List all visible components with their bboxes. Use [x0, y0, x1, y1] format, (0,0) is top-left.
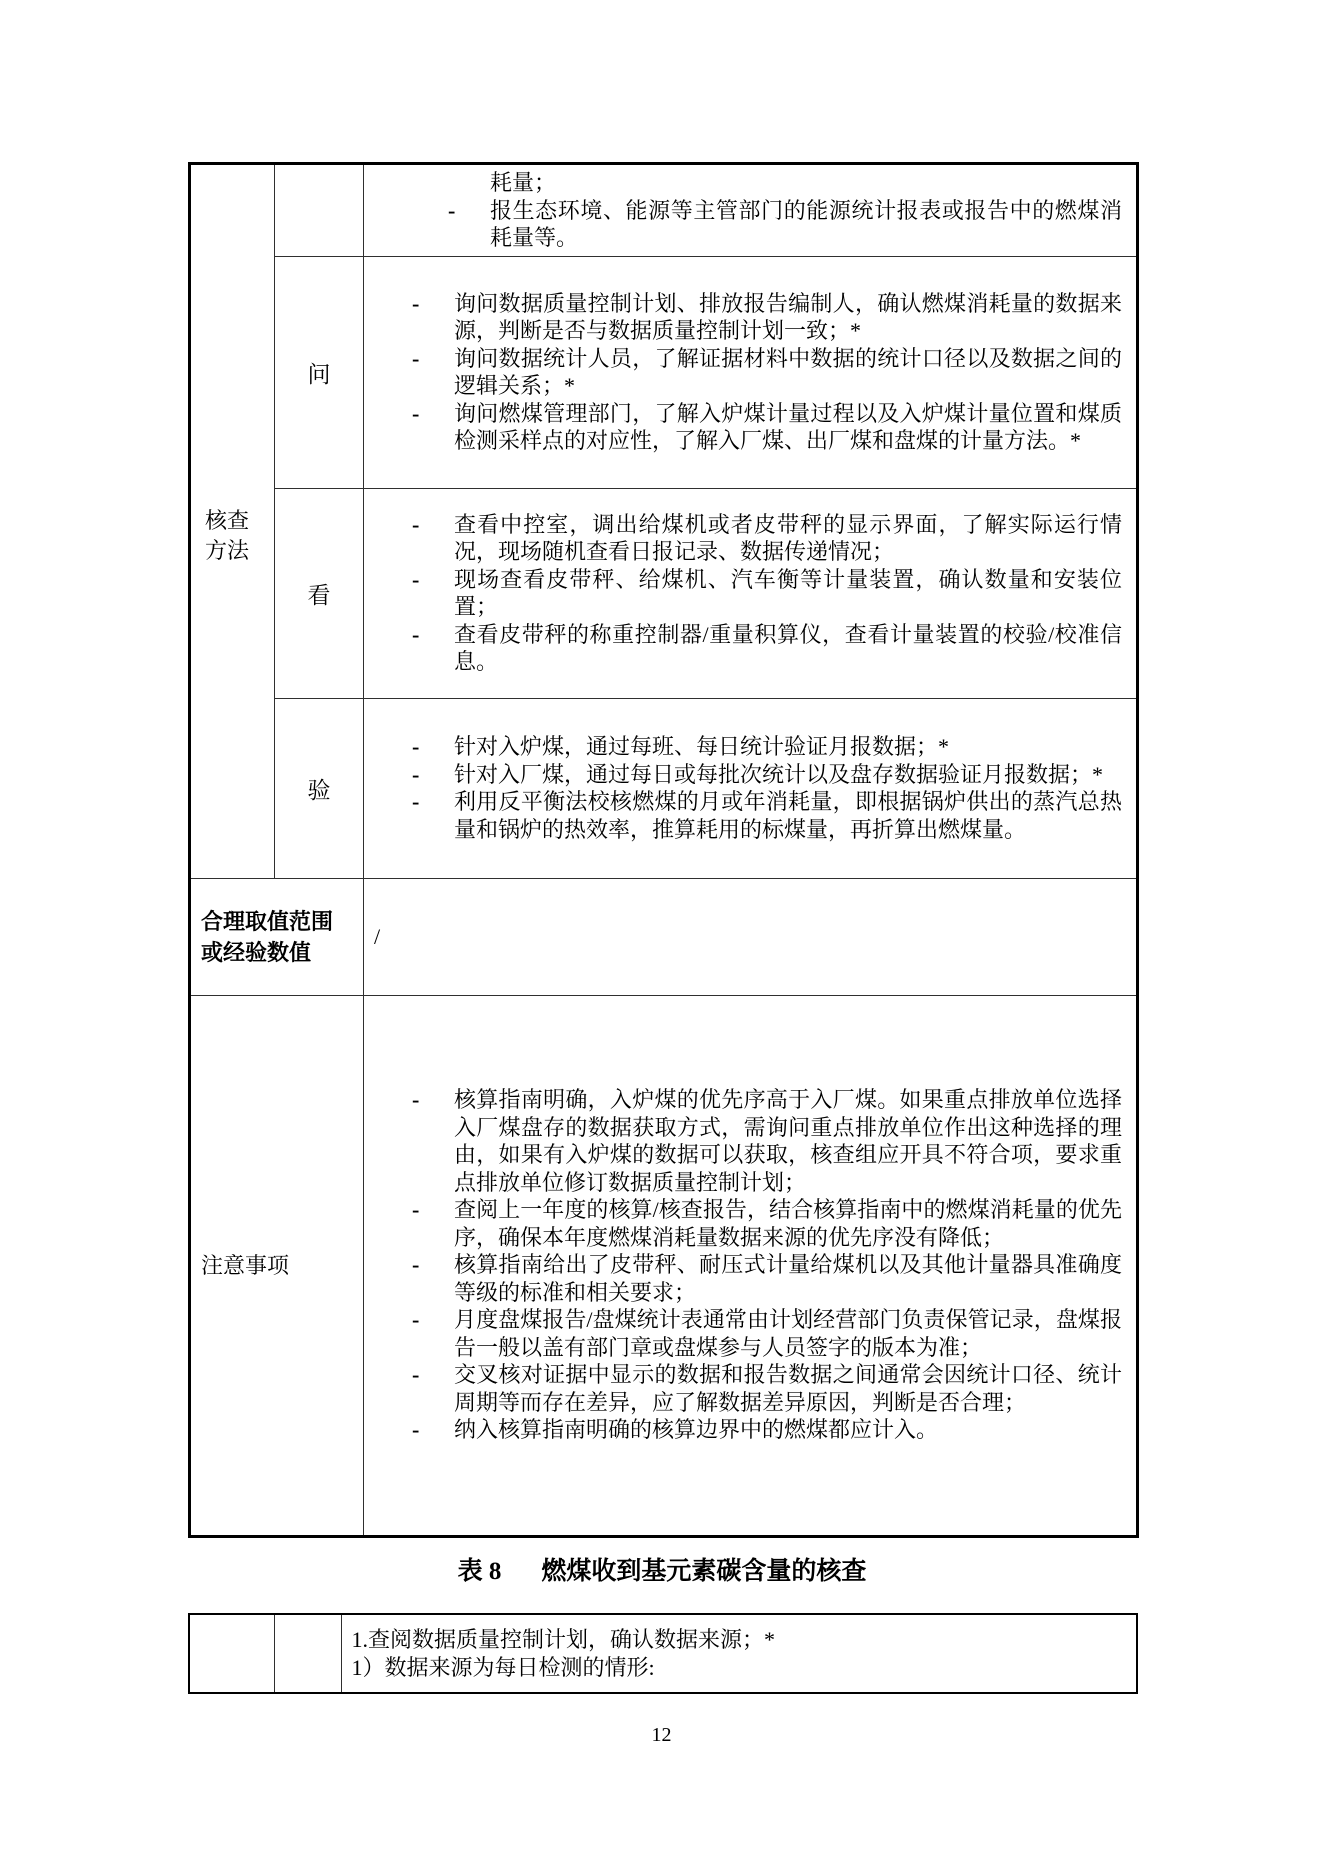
table8-cell-empty-1 [189, 1614, 274, 1693]
bullet-list: - 核算指南明确，入炉煤的优先序高于入厂煤。如果重点排放单位选择入厂煤盘存的数据… [364, 1086, 1122, 1444]
bullet-text: 报生态环境、能源等主管部门的能源统计报表或报告中的燃煤消耗量等。 [490, 197, 1122, 252]
bullet-item: - 现场查看皮带秤、给煤机、汽车衡等计量装置，确认数量和安装位置； [412, 566, 1122, 621]
bullet-item: - 查阅上一年度的核算/核查报告，结合核算指南中的燃煤消耗量的优先序，确保本年度… [412, 1196, 1122, 1251]
bullet-text: 纳入核算指南明确的核算边界中的燃煤都应计入。 [454, 1416, 1122, 1444]
bullet-text: 询问数据统计人员，了解证据材料中数据的统计口径以及数据之间的逻辑关系；* [454, 345, 1122, 400]
bullet-item: - 询问燃煤管理部门，了解入炉煤计量过程以及入炉煤计量位置和煤质检测采样点的对应… [412, 400, 1122, 455]
table8-caption-number: 表 8 [458, 1558, 502, 1585]
bullet-dash: - [412, 788, 454, 816]
bullet-item: - 询问数据质量控制计划、排放报告编制人，确认燃煤消耗量的数据来源，判断是否与数… [412, 290, 1122, 345]
bullet-dash: - [412, 761, 454, 789]
table-row: 问 - 询问数据质量控制计划、排放报告编制人，确认燃煤消耗量的数据来源，判断是否… [190, 256, 1138, 488]
range-value-cell: / [364, 878, 1138, 995]
bullet-dash: - [448, 197, 490, 225]
row-label-reasonable-range: 合理取值范围或经验数值 [190, 878, 364, 995]
bullet-text: 针对入厂煤，通过每日或每批次统计以及盘存数据验证月报数据；* [454, 761, 1122, 789]
table-row: 注意事项 - 核算指南明确，入炉煤的优先序高于入厂煤。如果重点排放单位选择入厂煤… [190, 995, 1138, 1536]
bullet-item: - 报生态环境、能源等主管部门的能源统计报表或报告中的燃煤消耗量等。 [448, 197, 1122, 252]
bullet-item: - 针对入厂煤，通过每日或每批次统计以及盘存数据验证月报数据；* [412, 761, 1122, 789]
sub-label-empty [275, 164, 364, 257]
bullet-text: 查看皮带秤的称重控制器/重量积算仪，查看计量装置的校验/校准信息。 [454, 621, 1122, 676]
table8-start: 1.查阅数据质量控制计划，确认数据来源；* 1）数据来源为每日检测的情形: [188, 1613, 1138, 1694]
bullet-list: - 针对入炉煤，通过每班、每日统计验证月报数据；* - 针对入厂煤，通过每日或每… [364, 733, 1122, 843]
bullet-dash: - [412, 345, 454, 373]
table8-line: 1.查阅数据质量控制计划，确认数据来源；* [352, 1626, 1127, 1654]
bullet-item: - 交叉核对证据中显示的数据和报告数据之间通常会因统计口径、统计周期等而存在差异… [412, 1361, 1122, 1416]
bullet-item: - 核算指南给出了皮带秤、耐压式计量给煤机以及其他计量器具准确度等级的标准和相关… [412, 1251, 1122, 1306]
bullet-text: 针对入炉煤，通过每班、每日统计验证月报数据；* [454, 733, 1122, 761]
bullet-dash: - [412, 290, 454, 318]
table-row: 1.查阅数据质量控制计划，确认数据来源；* 1）数据来源为每日检测的情形: [189, 1614, 1137, 1693]
bullet-text: 交叉核对证据中显示的数据和报告数据之间通常会因统计口径、统计周期等而存在差异，应… [454, 1361, 1122, 1416]
bullet-text: 核算指南明确，入炉煤的优先序高于入厂煤。如果重点排放单位选择入厂煤盘存的数据获取… [454, 1086, 1122, 1196]
bullet-text: 核算指南给出了皮带秤、耐压式计量给煤机以及其他计量器具准确度等级的标准和相关要求… [454, 1251, 1122, 1306]
bullet-list: 耗量； - 报生态环境、能源等主管部门的能源统计报表或报告中的燃煤消耗量等。 [364, 169, 1122, 252]
bullet-text: 查看中控室，调出给煤机或者皮带秤的显示界面，了解实际运行情况，现场随机查看日报记… [454, 511, 1122, 566]
bullet-list: - 查看中控室，调出给煤机或者皮带秤的显示界面，了解实际运行情况，现场随机查看日… [364, 511, 1122, 676]
bullet-dash: - [412, 566, 454, 594]
bullet-dash: - [412, 1251, 454, 1279]
notes-cell: - 核算指南明确，入炉煤的优先序高于入厂煤。如果重点排放单位选择入厂煤盘存的数据… [364, 995, 1138, 1536]
table-row: 合理取值范围或经验数值 / [190, 878, 1138, 995]
bullet-item: - 针对入炉煤，通过每班、每日统计验证月报数据；* [412, 733, 1122, 761]
bullet-dash: - [412, 1086, 454, 1114]
table8-caption-title: 燃煤收到基元素碳含量的核查 [541, 1558, 866, 1585]
bullet-item: - 查看皮带秤的称重控制器/重量积算仪，查看计量装置的校验/校准信息。 [412, 621, 1122, 676]
table8-caption: 表 8燃煤收到基元素碳含量的核查 [188, 1552, 1136, 1592]
bullet-item: - 查看中控室，调出给煤机或者皮带秤的显示界面，了解实际运行情况，现场随机查看日… [412, 511, 1122, 566]
bullet-dash: - [412, 511, 454, 539]
bullet-dash: - [412, 1361, 454, 1389]
table-row: 核查方法 耗量； - 报生态环境、能源等主管部门的能源统计报表或报告中的燃煤消耗… [190, 164, 1138, 257]
bullet-dash: - [412, 1416, 454, 1444]
continuation-line: 耗量； [490, 169, 1122, 197]
bullet-item: - 核算指南明确，入炉煤的优先序高于入厂煤。如果重点排放单位选择入厂煤盘存的数据… [412, 1086, 1122, 1196]
table8-content-cell: 1.查阅数据质量控制计划，确认数据来源；* 1）数据来源为每日检测的情形: [341, 1614, 1137, 1693]
sub-label-ask: 问 [275, 256, 364, 488]
ask-cell: - 询问数据质量控制计划、排放报告编制人，确认燃煤消耗量的数据来源，判断是否与数… [364, 256, 1138, 488]
bullet-text: 现场查看皮带秤、给煤机、汽车衡等计量装置，确认数量和安装位置； [454, 566, 1122, 621]
bullet-text: 询问数据质量控制计划、排放报告编制人，确认燃煤消耗量的数据来源，判断是否与数据质… [454, 290, 1122, 345]
bullet-dash: - [412, 733, 454, 761]
row-label-text: 合理取值范围或经验数值 [201, 906, 343, 968]
bullet-text: 利用反平衡法校核燃煤的月或年消耗量，即根据锅炉供出的蒸汽总热量和锅炉的热效率，推… [454, 788, 1122, 843]
bullet-item: - 月度盘煤报告/盘煤统计表通常由计划经营部门负责保管记录，盘煤报告一般以盖有部… [412, 1306, 1122, 1361]
bullet-dash: - [412, 621, 454, 649]
sub-label-check: 验 [275, 698, 364, 878]
bullet-dash: - [412, 1196, 454, 1224]
table8-cell-empty-2 [274, 1614, 341, 1693]
bullet-item: - 利用反平衡法校核燃煤的月或年消耗量，即根据锅炉供出的蒸汽总热量和锅炉的热效率… [412, 788, 1122, 843]
table-row: 验 - 针对入炉煤，通过每班、每日统计验证月报数据；* - 针对入厂煤，通过每日… [190, 698, 1138, 878]
bullet-list: - 询问数据质量控制计划、排放报告编制人，确认燃煤消耗量的数据来源，判断是否与数… [364, 290, 1122, 455]
table8-line: 1）数据来源为每日检测的情形: [352, 1654, 1127, 1682]
bullet-text: 询问燃煤管理部门，了解入炉煤计量过程以及入炉煤计量位置和煤质检测采样点的对应性，… [454, 400, 1122, 455]
page-number: 12 [0, 1724, 1323, 1747]
bullet-item: - 纳入核算指南明确的核算边界中的燃煤都应计入。 [412, 1416, 1122, 1444]
bullet-text: 月度盘煤报告/盘煤统计表通常由计划经营部门负责保管记录，盘煤报告一般以盖有部门章… [454, 1306, 1122, 1361]
bullet-dash: - [412, 400, 454, 428]
row-label-text: 核查方法 [205, 506, 253, 566]
table-row: 看 - 查看中控室，调出给煤机或者皮带秤的显示界面，了解实际运行情况，现场随机查… [190, 488, 1138, 698]
row-label-verification-method: 核查方法 [190, 164, 275, 879]
row-label-notes: 注意事项 [190, 995, 364, 1536]
verification-method-table: 核查方法 耗量； - 报生态环境、能源等主管部门的能源统计报表或报告中的燃煤消耗… [188, 162, 1139, 1538]
bullet-text: 查阅上一年度的核算/核查报告，结合核算指南中的燃煤消耗量的优先序，确保本年度燃煤… [454, 1196, 1122, 1251]
bullet-dash: - [412, 1306, 454, 1334]
check-cell: - 针对入炉煤，通过每班、每日统计验证月报数据；* - 针对入厂煤，通过每日或每… [364, 698, 1138, 878]
look-cell: - 查看中控室，调出给煤机或者皮带秤的显示界面，了解实际运行情况，现场随机查看日… [364, 488, 1138, 698]
bullet-item: - 询问数据统计人员，了解证据材料中数据的统计口径以及数据之间的逻辑关系；* [412, 345, 1122, 400]
continuation-cell: 耗量； - 报生态环境、能源等主管部门的能源统计报表或报告中的燃煤消耗量等。 [364, 164, 1138, 257]
document-page: 核查方法 耗量； - 报生态环境、能源等主管部门的能源统计报表或报告中的燃煤消耗… [0, 0, 1323, 1871]
sub-label-look: 看 [275, 488, 364, 698]
